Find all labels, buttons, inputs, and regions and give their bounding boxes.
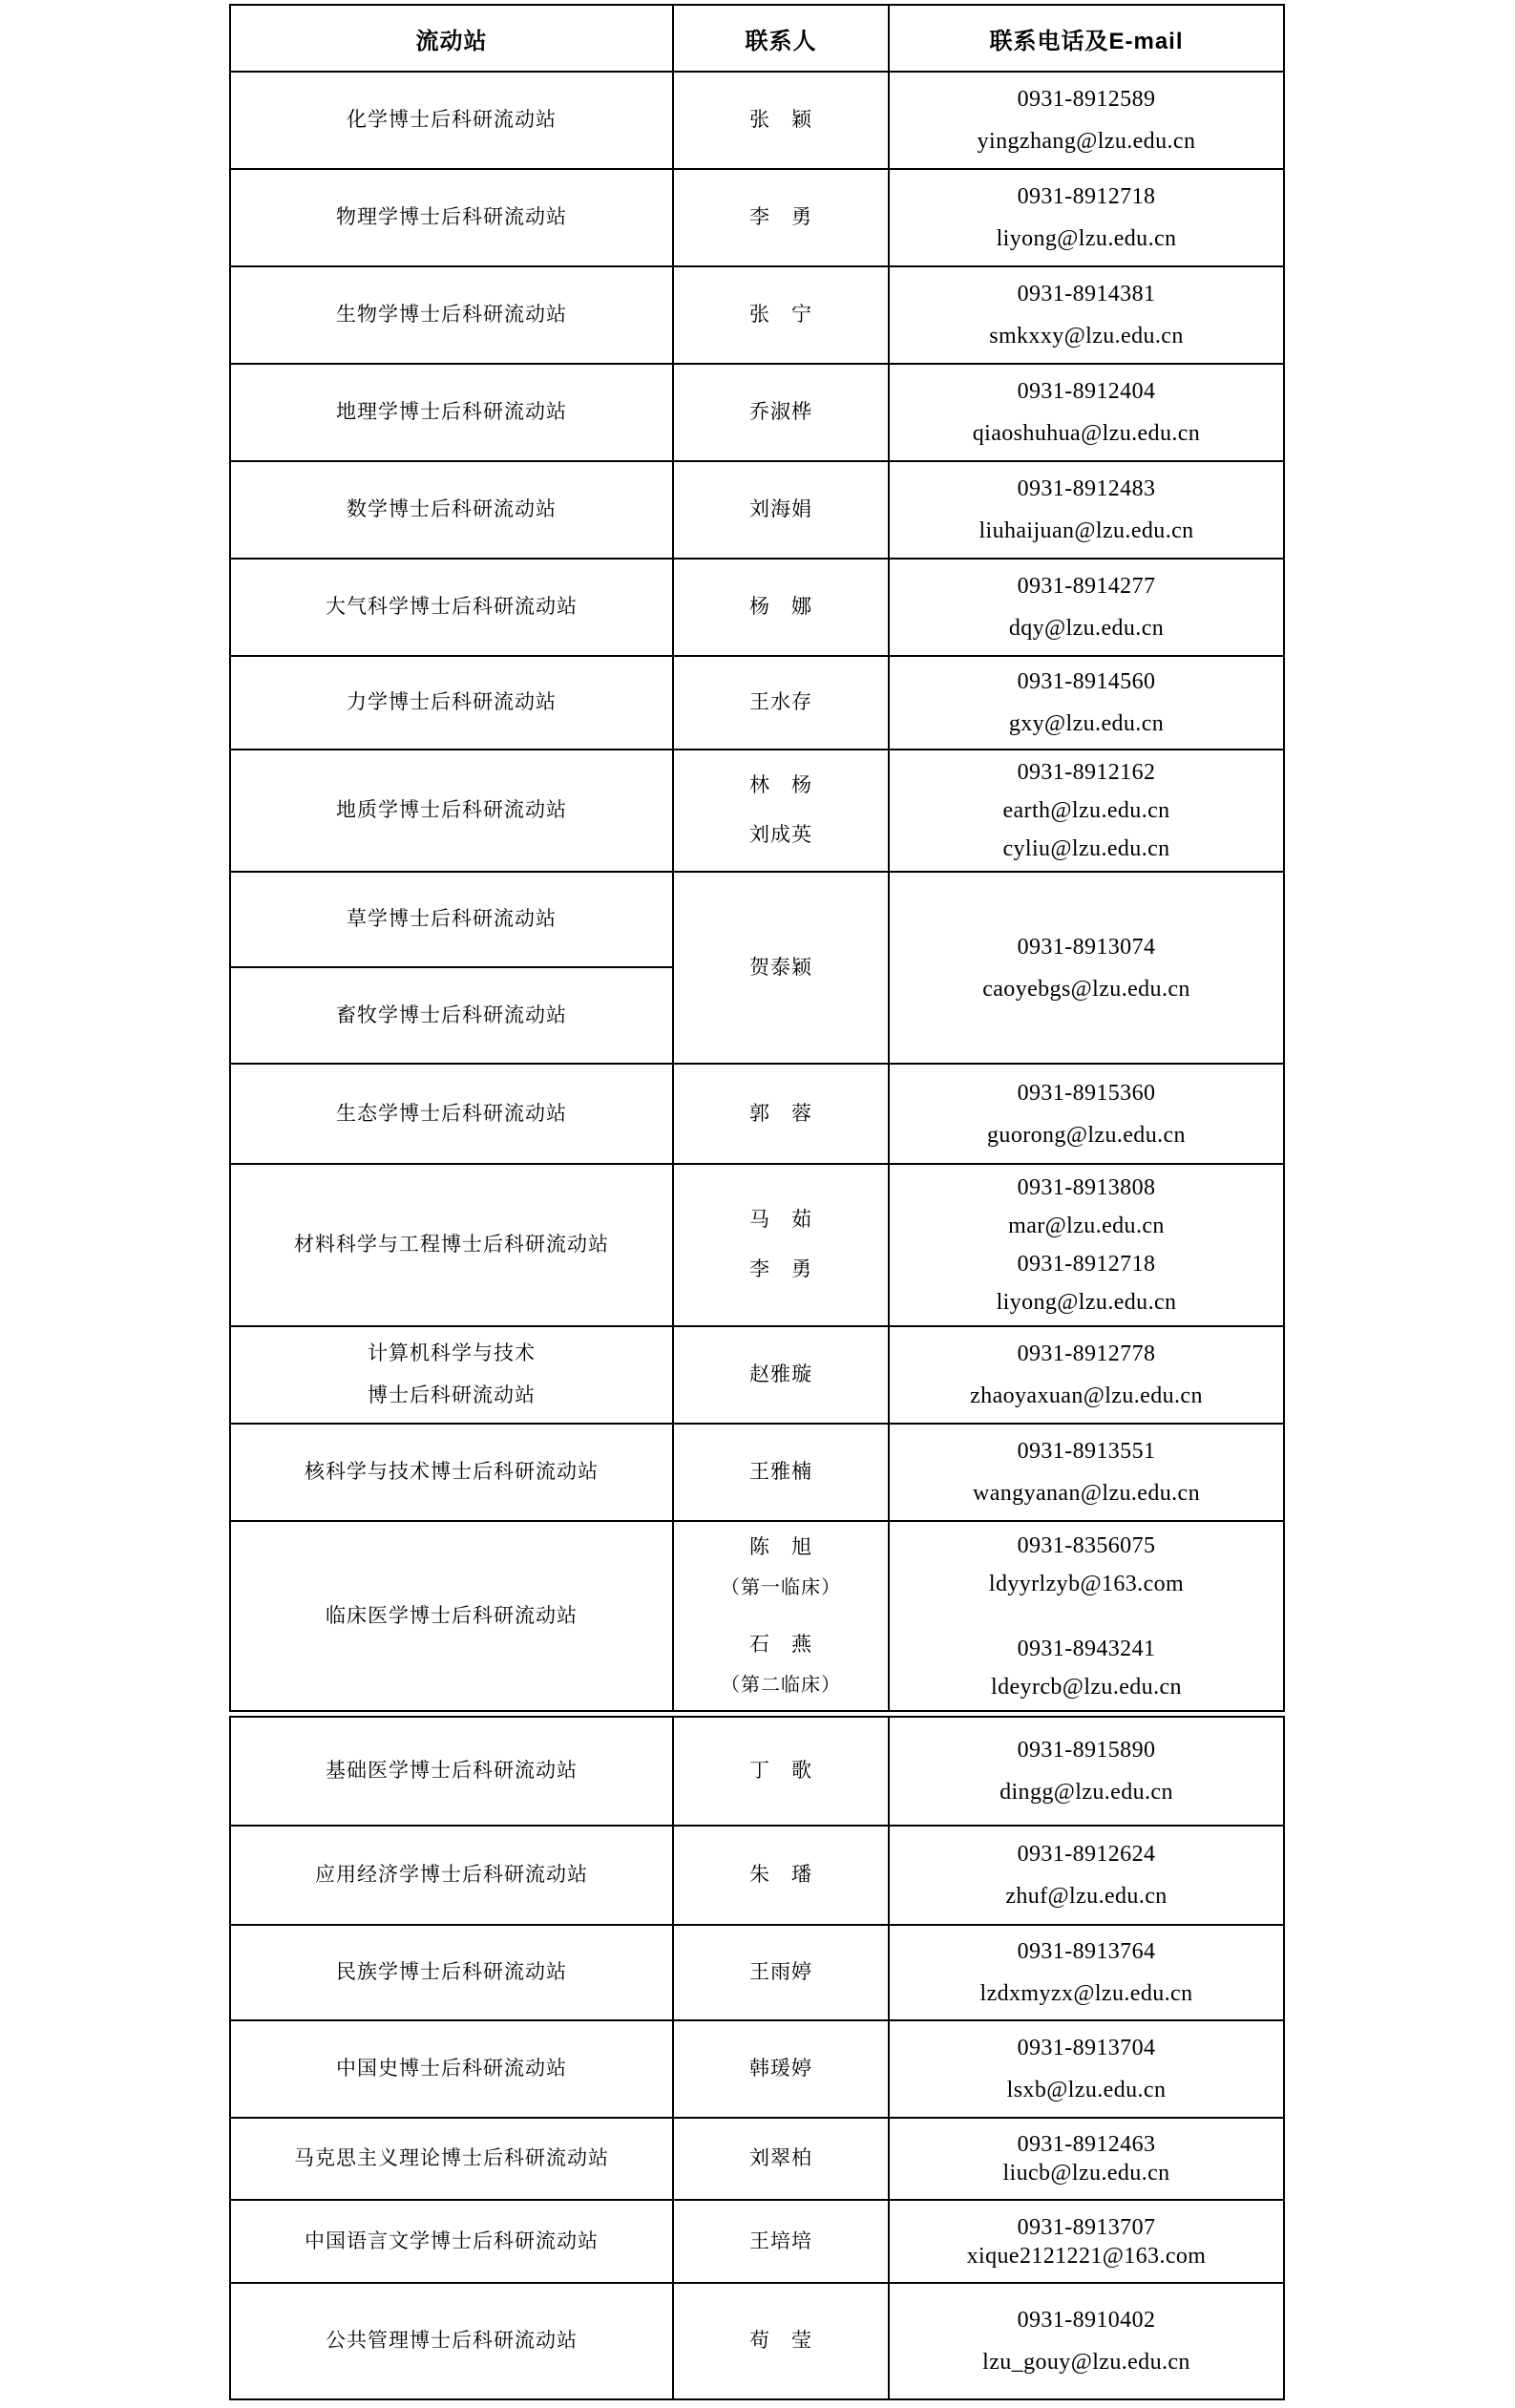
table-row: 草学博士后科研流动站 贺泰颖 0931-8913074 caoyebgs@lzu… — [230, 872, 1284, 967]
col-header-phone-email: 联系电话及E-mail — [889, 5, 1284, 72]
contact-cell: 王雨婷 — [673, 1925, 889, 2020]
table-row: 临床医学博士后科研流动站 陈 旭 （第一临床） 石 燕 （第二临床） 0931-… — [230, 1521, 1284, 1711]
station-name: 地理学博士后科研流动站 — [231, 391, 672, 433]
email: qiaoshuhua@lzu.edu.cn — [973, 419, 1200, 448]
info-cell: 0931-8913808 mar@lzu.edu.cn 0931-8912718… — [889, 1164, 1284, 1326]
contact-name: 陈 旭 — [749, 1528, 812, 1568]
email: dqy@lzu.edu.cn — [1009, 614, 1164, 643]
contact-cell: 林 杨 刘成英 — [673, 750, 889, 872]
contact-cell: 杨 娜 — [673, 559, 889, 656]
station-cell: 地质学博士后科研流动站 — [230, 750, 673, 872]
email: mar@lzu.edu.cn — [1008, 1212, 1165, 1240]
info-cell: 0931-8356075 ldyyrlzyb@163.com 0931-8943… — [889, 1521, 1284, 1711]
phone: 0931-8913074 — [1018, 933, 1156, 961]
station-cell: 数学博士后科研流动站 — [230, 461, 673, 559]
phone: 0931-8914277 — [1018, 572, 1156, 601]
phone: 0931-8943241 — [1018, 1635, 1156, 1663]
phone: 0931-8915890 — [1018, 1736, 1156, 1764]
table-row: 力学博士后科研流动站 王水存 0931-8914560 gxy@lzu.edu.… — [230, 656, 1284, 750]
phone: 0931-8913707 — [1018, 2213, 1156, 2242]
station-cell: 材料科学与工程博士后科研流动站 — [230, 1164, 673, 1326]
email: guorong@lzu.edu.cn — [987, 1121, 1186, 1150]
table-row: 大气科学博士后科研流动站 杨 娜 0931-8914277 dqy@lzu.ed… — [230, 559, 1284, 656]
station-cell: 物理学博士后科研流动站 — [230, 169, 673, 266]
info-cell: 0931-8912718 liyong@lzu.edu.cn — [889, 169, 1284, 266]
document-page: 流动站 联系人 联系电话及E-mail 化学博士后科研流动站 张 颖 0931-… — [0, 4, 1515, 2408]
station-name: 马克思主义理论博士后科研流动站 — [231, 2138, 672, 2180]
email: earth@lzu.edu.cn — [1002, 796, 1169, 825]
info-cell: 0931-8913704 lsxb@lzu.edu.cn — [889, 2020, 1284, 2118]
contact-name: 刘成英 — [749, 815, 812, 855]
table-row: 材料科学与工程博士后科研流动站 马 茹 李 勇 0931-8913808 mar… — [230, 1164, 1284, 1326]
phone: 0931-8914560 — [1018, 667, 1156, 696]
contact-name: 杨 娜 — [674, 587, 888, 627]
info-cell: 0931-8914560 gxy@lzu.edu.cn — [889, 656, 1284, 750]
contact-name: 马 茹 — [749, 1200, 812, 1240]
station-name: 核科学与技术博士后科研流动站 — [231, 1451, 672, 1493]
table-row: 中国语言文学博士后科研流动站 王培培 0931-8913707 xique212… — [230, 2200, 1284, 2283]
contact-cell: 马 茹 李 勇 — [673, 1164, 889, 1326]
contact-cell: 朱 璠 — [673, 1826, 889, 1925]
email: liyong@lzu.edu.cn — [997, 1288, 1177, 1317]
contact-name: 张 宁 — [674, 295, 888, 335]
station-cell: 化学博士后科研流动站 — [230, 72, 673, 169]
email: ldyyrlzyb@163.com — [989, 1570, 1184, 1598]
station-cell: 草学博士后科研流动站 — [230, 872, 673, 967]
info-cell: 0931-8913707 xique2121221@163.com — [889, 2200, 1284, 2283]
info-cell: 0931-8912589 yingzhang@lzu.edu.cn — [889, 72, 1284, 169]
info-cell: 0931-8914381 smkxxy@lzu.edu.cn — [889, 266, 1284, 364]
contact-cell: 赵雅璇 — [673, 1326, 889, 1424]
table-row: 民族学博士后科研流动站 王雨婷 0931-8913764 lzdxmyzx@lz… — [230, 1925, 1284, 2020]
info-cell: 0931-8912624 zhuf@lzu.edu.cn — [889, 1826, 1284, 1925]
contact-name: 郭 蓉 — [674, 1094, 888, 1134]
phone: 0931-8913764 — [1018, 1937, 1156, 1966]
station-name: 材料科学与工程博士后科研流动站 — [231, 1224, 672, 1266]
station-cell: 公共管理博士后科研流动站 — [230, 2283, 673, 2399]
table-row: 生态学博士后科研流动站 郭 蓉 0931-8915360 guorong@lzu… — [230, 1064, 1284, 1164]
station-cell: 生物学博士后科研流动站 — [230, 266, 673, 364]
contact-name: 苟 莹 — [674, 2321, 888, 2361]
station-name: 中国语言文学博士后科研流动站 — [231, 2221, 672, 2263]
contact-cell: 张 颖 — [673, 72, 889, 169]
station-name: 力学博士后科研流动站 — [231, 682, 672, 724]
phone: 0931-8912463 — [1018, 2130, 1156, 2159]
contact-name: 石 燕 — [749, 1625, 812, 1665]
station-cell: 马克思主义理论博士后科研流动站 — [230, 2118, 673, 2200]
email: gxy@lzu.edu.cn — [1009, 709, 1164, 738]
info-cell: 0931-8915360 guorong@lzu.edu.cn — [889, 1064, 1284, 1164]
contact-cell: 李 勇 — [673, 169, 889, 266]
contact-name: 乔淑桦 — [674, 392, 888, 433]
station-name: 计算机科学与技术 — [368, 1333, 536, 1375]
station-name: 大气科学博士后科研流动站 — [231, 586, 672, 628]
contact-cell: 郭 蓉 — [673, 1064, 889, 1164]
info-cell: 0931-8913551 wangyanan@lzu.edu.cn — [889, 1424, 1284, 1521]
table-row: 中国史博士后科研流动站 韩瑗婷 0931-8913704 lsxb@lzu.ed… — [230, 2020, 1284, 2118]
station-cell: 计算机科学与技术 博士后科研流动站 — [230, 1326, 673, 1424]
info-cell: 0931-8912404 qiaoshuhua@lzu.edu.cn — [889, 364, 1284, 461]
table-row: 物理学博士后科研流动站 李 勇 0931-8912718 liyong@lzu.… — [230, 169, 1284, 266]
phone: 0931-8912718 — [1018, 182, 1156, 211]
contact-name: 朱 璠 — [674, 1855, 888, 1895]
postdoc-stations-table-upper: 流动站 联系人 联系电话及E-mail 化学博士后科研流动站 张 颖 0931-… — [229, 4, 1285, 1712]
table-row: 化学博士后科研流动站 张 颖 0931-8912589 yingzhang@lz… — [230, 72, 1284, 169]
contact-name: 王水存 — [674, 683, 888, 723]
station-name: 生态学博士后科研流动站 — [231, 1093, 672, 1135]
phone: 0931-8913808 — [1018, 1173, 1156, 1202]
contact-name: 张 颖 — [674, 100, 888, 140]
station-cell: 基础医学博士后科研流动站 — [230, 1717, 673, 1826]
station-cell: 大气科学博士后科研流动站 — [230, 559, 673, 656]
phone: 0931-8915360 — [1018, 1079, 1156, 1108]
postdoc-stations-table-lower: 基础医学博士后科研流动站 丁 歌 0931-8915890 dingg@lzu.… — [229, 1716, 1285, 2400]
station-cell: 民族学博士后科研流动站 — [230, 1925, 673, 2020]
station-cell: 力学博士后科研流动站 — [230, 656, 673, 750]
contact-cell: 王雅楠 — [673, 1424, 889, 1521]
contact-name: 王雅楠 — [674, 1452, 888, 1492]
contact-name: 韩瑗婷 — [674, 2049, 888, 2089]
email: ldeyrcb@lzu.edu.cn — [991, 1673, 1182, 1701]
station-cell: 临床医学博士后科研流动站 — [230, 1521, 673, 1711]
phone: 0931-8356075 — [1018, 1531, 1156, 1560]
contact-name: 贺泰颖 — [674, 948, 888, 988]
contact-name: 刘海娟 — [674, 490, 888, 530]
contact-cell: 陈 旭 （第一临床） 石 燕 （第二临床） — [673, 1521, 889, 1711]
email: liucb@lzu.edu.cn — [1002, 2159, 1169, 2187]
email: xique2121221@163.com — [967, 2242, 1207, 2271]
station-cell: 生态学博士后科研流动站 — [230, 1064, 673, 1164]
contact-cell: 王水存 — [673, 656, 889, 750]
contact-cell: 张 宁 — [673, 266, 889, 364]
station-name: 草学博士后科研流动站 — [231, 898, 672, 940]
table-row: 计算机科学与技术 博士后科研流动站 赵雅璇 0931-8912778 zhaoy… — [230, 1326, 1284, 1424]
station-cell: 应用经济学博士后科研流动站 — [230, 1826, 673, 1925]
station-name: 化学博士后科研流动站 — [231, 99, 672, 141]
email: lsxb@lzu.edu.cn — [1007, 2076, 1167, 2104]
header-row: 流动站 联系人 联系电话及E-mail — [230, 5, 1284, 72]
station-cell: 中国史博士后科研流动站 — [230, 2020, 673, 2118]
info-cell: 0931-8912778 zhaoyaxuan@lzu.edu.cn — [889, 1326, 1284, 1424]
phone: 0931-8913551 — [1018, 1437, 1156, 1466]
table-row: 地质学博士后科研流动站 林 杨 刘成英 0931-8912162 earth@l… — [230, 750, 1284, 872]
contact-name: 李 勇 — [674, 198, 888, 238]
email: cyliu@lzu.edu.cn — [1002, 834, 1169, 863]
email: lzdxmyzx@lzu.edu.cn — [980, 1979, 1193, 2008]
email: wangyanan@lzu.edu.cn — [973, 1479, 1200, 1508]
station-name: 物理学博士后科研流动站 — [231, 197, 672, 239]
contact-cell: 丁 歌 — [673, 1717, 889, 1826]
phone: 0931-8912718 — [1018, 1250, 1156, 1278]
email: caoyebgs@lzu.edu.cn — [982, 975, 1190, 1003]
contact-name: 丁 歌 — [674, 1751, 888, 1791]
contact-name: 王雨婷 — [674, 1953, 888, 1993]
email: liyong@lzu.edu.cn — [997, 224, 1177, 253]
station-name: 地质学博士后科研流动站 — [231, 790, 672, 832]
info-cell: 0931-8910402 lzu_gouy@lzu.edu.cn — [889, 2283, 1284, 2399]
station-name: 生物学博士后科研流动站 — [231, 294, 672, 336]
contact-cell: 韩瑗婷 — [673, 2020, 889, 2118]
table-row: 生物学博士后科研流动站 张 宁 0931-8914381 smkxxy@lzu.… — [230, 266, 1284, 364]
contact-cell: 王培培 — [673, 2200, 889, 2283]
phone: 0931-8912624 — [1018, 1840, 1156, 1869]
phone: 0931-8912778 — [1018, 1340, 1156, 1368]
station-name: 民族学博士后科研流动站 — [231, 1952, 672, 1994]
station-cell: 核科学与技术博士后科研流动站 — [230, 1424, 673, 1521]
station-name: 公共管理博士后科研流动站 — [231, 2320, 672, 2362]
col-header-contact: 联系人 — [673, 5, 889, 72]
info-cell: 0931-8912463 liucb@lzu.edu.cn — [889, 2118, 1284, 2200]
station-cell: 中国语言文学博士后科研流动站 — [230, 2200, 673, 2283]
station-cell: 畜牧学博士后科研流动站 — [230, 967, 673, 1064]
email: liuhaijuan@lzu.edu.cn — [978, 517, 1193, 545]
col-header-station: 流动站 — [230, 5, 673, 72]
contact-name: 李 勇 — [749, 1250, 812, 1290]
contact-name: 林 杨 — [749, 766, 812, 806]
contact-name: 赵雅璇 — [674, 1355, 888, 1395]
phone: 0931-8912404 — [1018, 377, 1156, 406]
phone: 0931-8913704 — [1018, 2034, 1156, 2062]
contact-cell: 乔淑桦 — [673, 364, 889, 461]
station-name: 数学博士后科研流动站 — [231, 489, 672, 531]
table-row: 应用经济学博士后科研流动站 朱 璠 0931-8912624 zhuf@lzu.… — [230, 1826, 1284, 1925]
email: zhaoyaxuan@lzu.edu.cn — [970, 1382, 1203, 1410]
station-name: 临床医学博士后科研流动站 — [231, 1595, 672, 1637]
table-row: 马克思主义理论博士后科研流动站 刘翠柏 0931-8912463 liucb@l… — [230, 2118, 1284, 2200]
contact-cell-merged: 贺泰颖 — [673, 872, 889, 1064]
table-row: 地理学博士后科研流动站 乔淑桦 0931-8912404 qiaoshuhua@… — [230, 364, 1284, 461]
station-name: 基础医学博士后科研流动站 — [231, 1750, 672, 1792]
contact-affiliation: （第一临床） — [721, 1568, 841, 1608]
email: zhuf@lzu.edu.cn — [1005, 1882, 1167, 1911]
email: lzu_gouy@lzu.edu.cn — [982, 2348, 1190, 2376]
contact-cell: 刘翠柏 — [673, 2118, 889, 2200]
station-cell: 地理学博士后科研流动站 — [230, 364, 673, 461]
station-name: 应用经济学博士后科研流动站 — [231, 1854, 672, 1896]
info-cell-merged: 0931-8913074 caoyebgs@lzu.edu.cn — [889, 872, 1284, 1064]
table-row: 数学博士后科研流动站 刘海娟 0931-8912483 liuhaijuan@l… — [230, 461, 1284, 559]
info-cell: 0931-8914277 dqy@lzu.edu.cn — [889, 559, 1284, 656]
contact-name: 王培培 — [674, 2222, 888, 2262]
info-cell: 0931-8915890 dingg@lzu.edu.cn — [889, 1717, 1284, 1826]
station-name: 中国史博士后科研流动站 — [231, 2048, 672, 2090]
contact-name: 刘翠柏 — [674, 2139, 888, 2179]
phone: 0931-8912483 — [1018, 475, 1156, 503]
phone: 0931-8910402 — [1018, 2306, 1156, 2334]
info-cell: 0931-8913764 lzdxmyzx@lzu.edu.cn — [889, 1925, 1284, 2020]
table-row: 基础医学博士后科研流动站 丁 歌 0931-8915890 dingg@lzu.… — [230, 1717, 1284, 1826]
table-row: 公共管理博士后科研流动站 苟 莹 0931-8910402 lzu_gouy@l… — [230, 2283, 1284, 2399]
phone: 0931-8914381 — [1018, 280, 1156, 308]
info-cell: 0931-8912483 liuhaijuan@lzu.edu.cn — [889, 461, 1284, 559]
contact-affiliation: （第二临床） — [721, 1665, 841, 1705]
table-row: 核科学与技术博士后科研流动站 王雅楠 0931-8913551 wangyana… — [230, 1424, 1284, 1521]
phone: 0931-8912589 — [1018, 85, 1156, 114]
station-name: 博士后科研流动站 — [368, 1375, 536, 1417]
email: dingg@lzu.edu.cn — [999, 1778, 1173, 1806]
email: yingzhang@lzu.edu.cn — [978, 127, 1196, 156]
email: smkxxy@lzu.edu.cn — [989, 322, 1184, 350]
contact-cell: 苟 莹 — [673, 2283, 889, 2399]
station-name: 畜牧学博士后科研流动站 — [231, 995, 672, 1037]
info-cell: 0931-8912162 earth@lzu.edu.cn cyliu@lzu.… — [889, 750, 1284, 872]
contact-cell: 刘海娟 — [673, 461, 889, 559]
phone: 0931-8912162 — [1018, 758, 1156, 787]
